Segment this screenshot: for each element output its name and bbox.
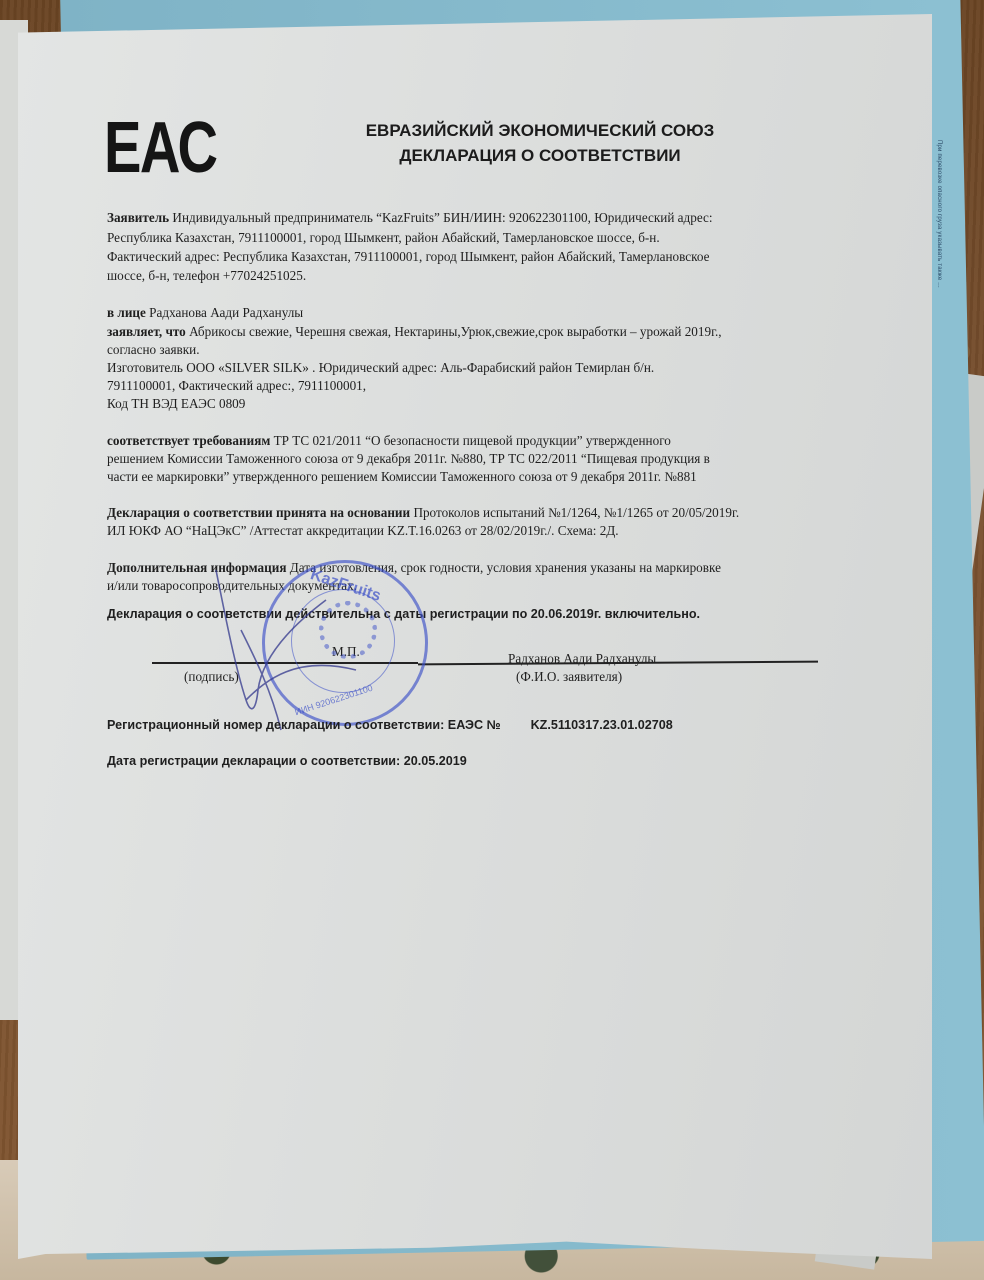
manufacturer-address-line: 7911100001, Фактический адрес:, 79111000… — [107, 376, 366, 396]
basis-line-1: Декларация о соответствии принята на осн… — [107, 503, 739, 523]
handwritten-signature-icon — [196, 560, 376, 740]
represented-line: в лице Радханова Аади Радханулы — [107, 303, 303, 323]
compliance-line-1: соответствует требованиям ТР ТС 021/2011… — [107, 431, 671, 451]
applicant-line-3: Фактический адрес: Республика Казахстан,… — [107, 247, 709, 267]
signer-caption: (Ф.И.О. заявителя) — [516, 667, 622, 687]
compliance-line-3: части ее маркировки” утвержденного решен… — [107, 467, 697, 487]
applicant-line-1: Заявитель Индивидуальный предприниматель… — [107, 208, 713, 228]
registration-date-line: Дата регистрации декларации о соответств… — [107, 752, 467, 772]
signer-name: Радханов Аади Радханулы — [508, 649, 656, 669]
declares-line-1: заявляет, что Абрикосы свежие, Черешня с… — [107, 322, 722, 342]
manufacturer-line: Изготовитель ООО «SILVER SILK» . Юридиче… — [107, 358, 654, 378]
registration-date: 20.05.2019 — [404, 754, 467, 768]
union-title: ЕВРАЗИЙСКИЙ ЭКОНОМИЧЕСКИЙ СОЮЗ — [300, 121, 780, 141]
eac-logo: ЕАС — [104, 112, 217, 184]
declaration-document — [18, 14, 932, 1259]
registration-number: KZ.5110317.23.01.02708 — [531, 718, 673, 732]
document-title: ДЕКЛАРАЦИЯ О СООТВЕТСТВИИ — [300, 146, 780, 166]
basis-line-2: ИЛ ЮКФ АО “НаЦЭкС” /Аттестат аккредитаци… — [107, 521, 619, 541]
applicant-label: Заявитель — [107, 210, 169, 225]
applicant-line-4: шоссе, б-н, телефон +77024251025. — [107, 266, 306, 286]
registration-number-line: Регистрационный номер декларации о соотв… — [107, 716, 673, 736]
applicant-line-2: Республика Казахстан, 7911100001, город … — [107, 228, 660, 248]
tn-ved-code: Код ТН ВЭД ЕАЭС 0809 — [107, 394, 245, 414]
declares-line-2: согласно заявки. — [107, 340, 200, 360]
compliance-line-2: решением Комиссии Таможенного союза от 9… — [107, 449, 710, 469]
